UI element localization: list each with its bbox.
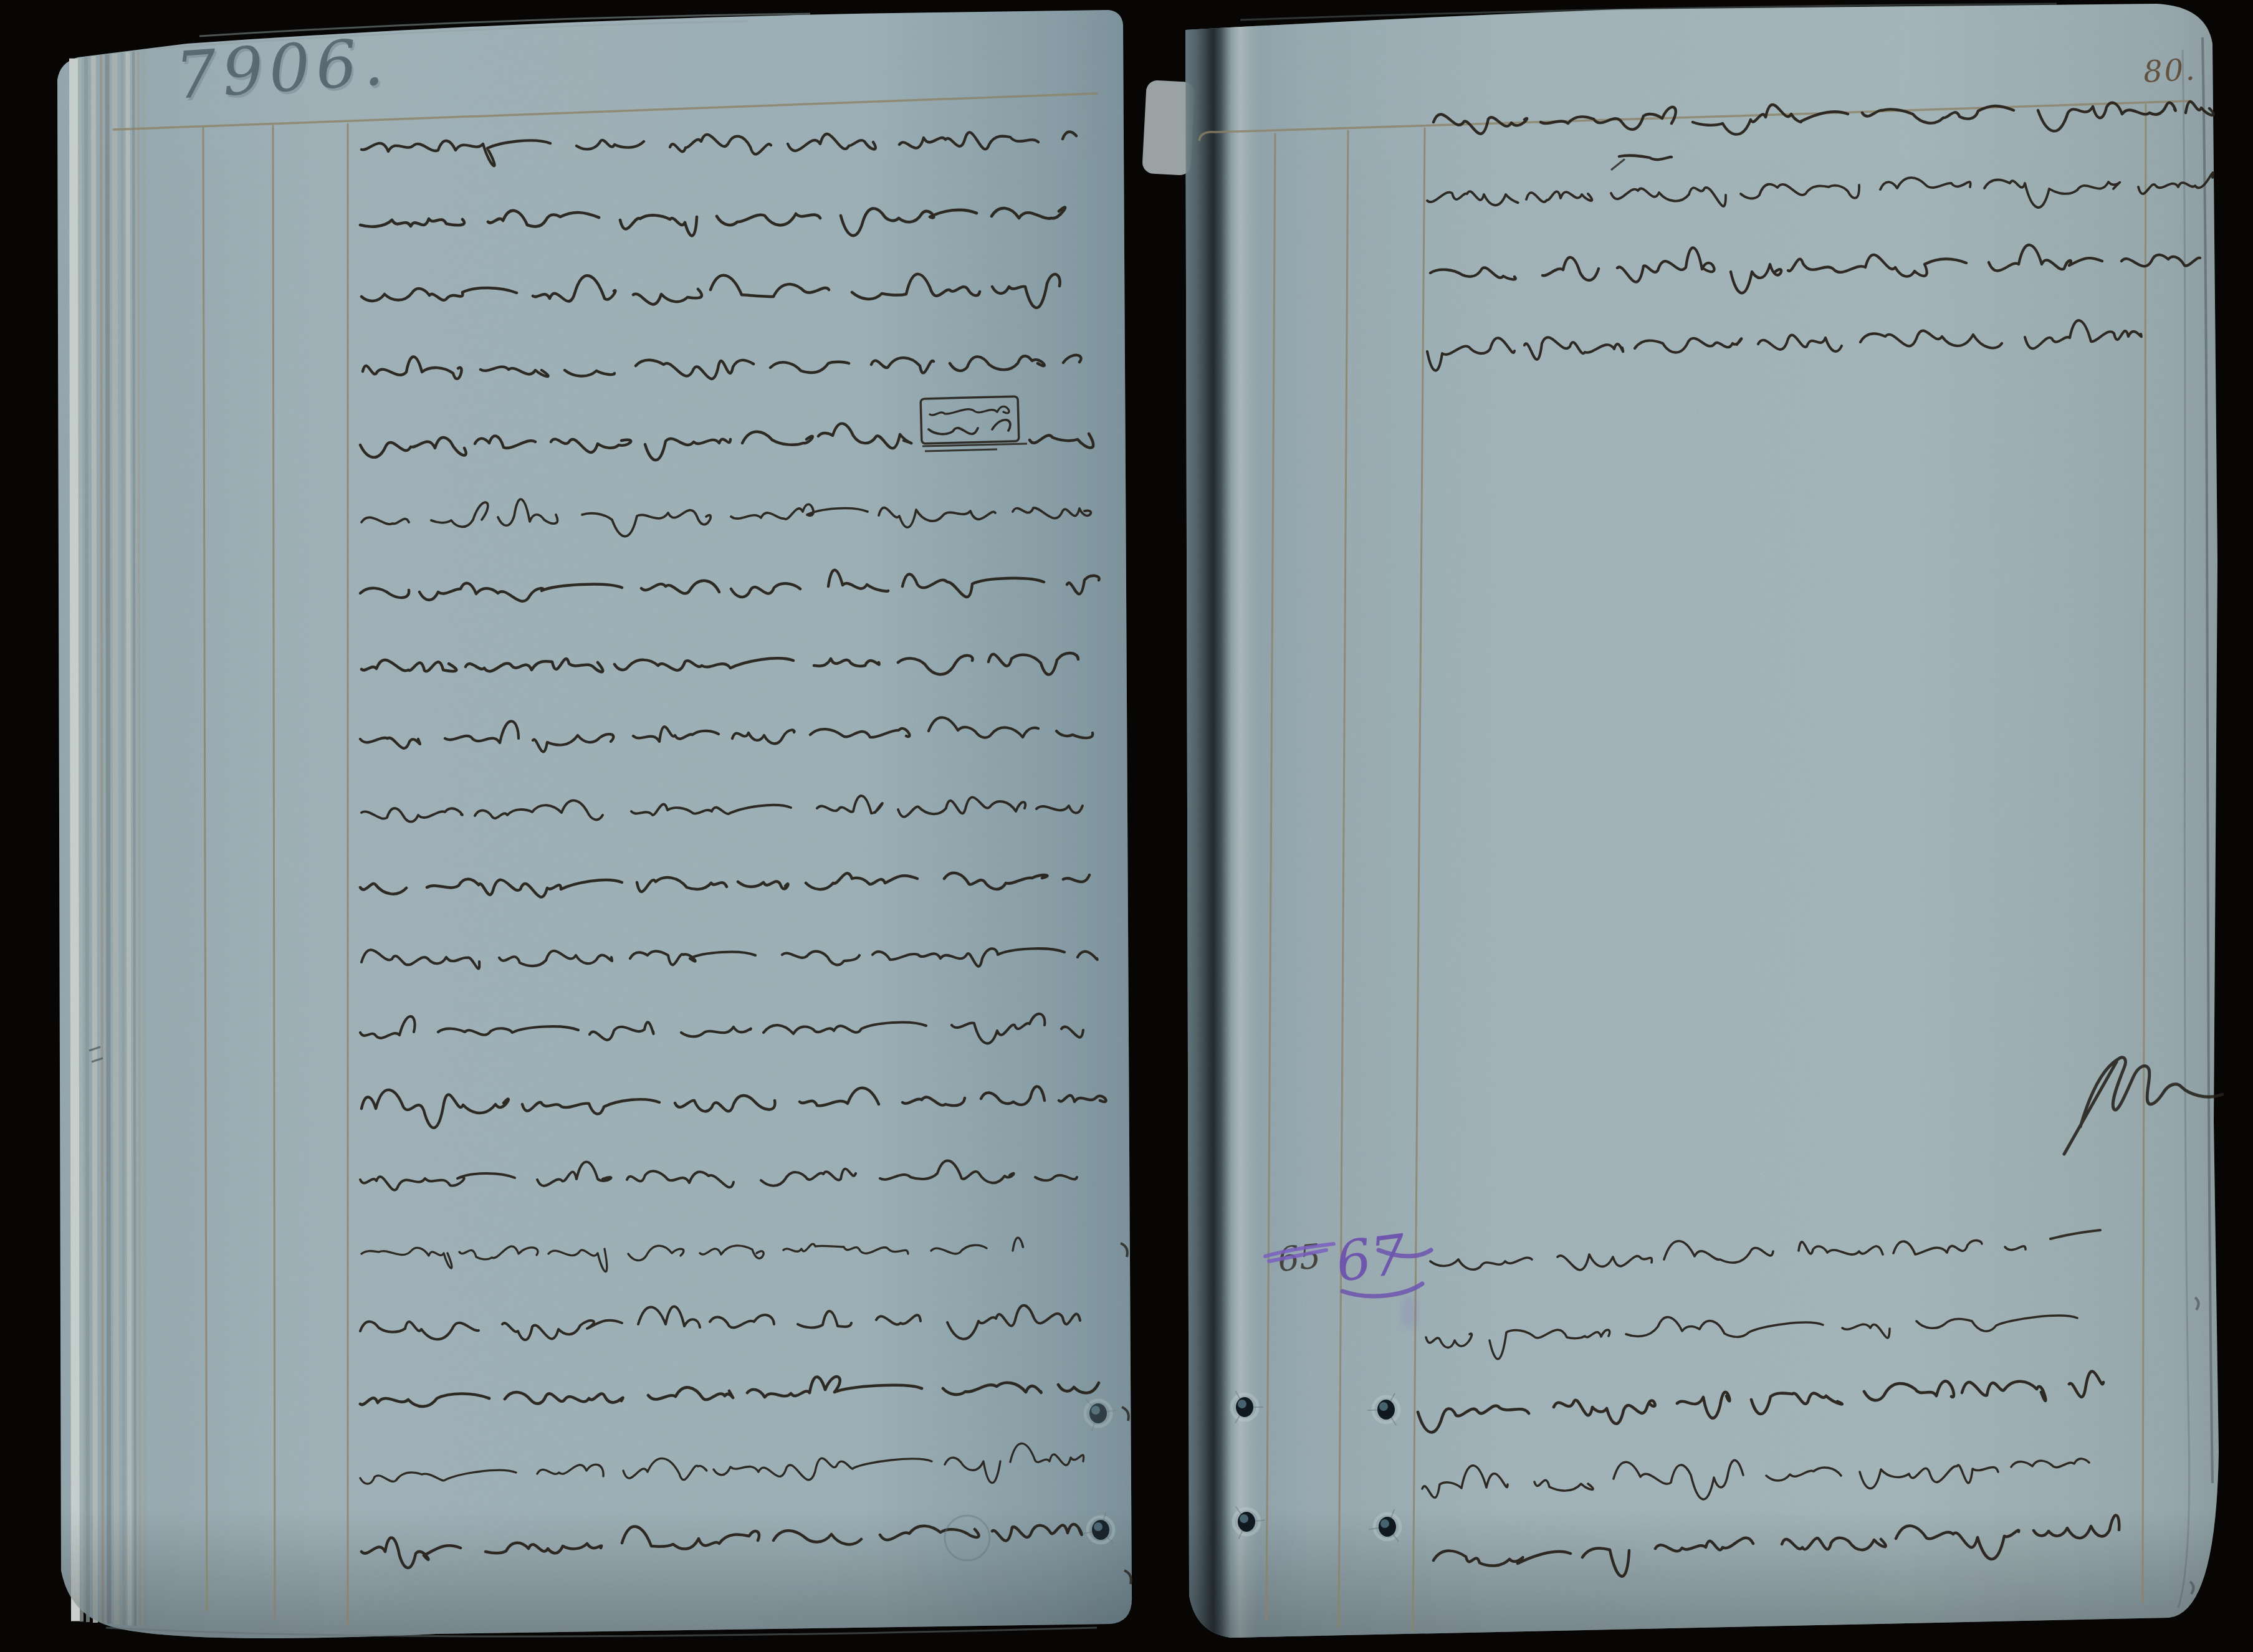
- punch-hole-shine: [1091, 1406, 1100, 1415]
- punch-hole-shine: [1380, 1519, 1389, 1528]
- page-number-80: 80.: [2143, 52, 2198, 90]
- book-spread: 7906. 7906. 80. 65 67: [0, 0, 2253, 1652]
- manuscript-scan: 7906. 7906. 80. 65 67: [0, 0, 2253, 1652]
- punch-hole-shine: [1094, 1522, 1103, 1531]
- punch-hole-shine: [1379, 1402, 1388, 1411]
- punch-hole-shine: [1240, 1514, 1248, 1523]
- corner-annotation-7906: 7906.: [173, 23, 391, 114]
- paper-grain: [0, 0, 2253, 1652]
- margin-number-67: 67: [1332, 1222, 1410, 1294]
- punch-hole-shine: [1238, 1400, 1246, 1408]
- purple-smudge: [1401, 1294, 1418, 1329]
